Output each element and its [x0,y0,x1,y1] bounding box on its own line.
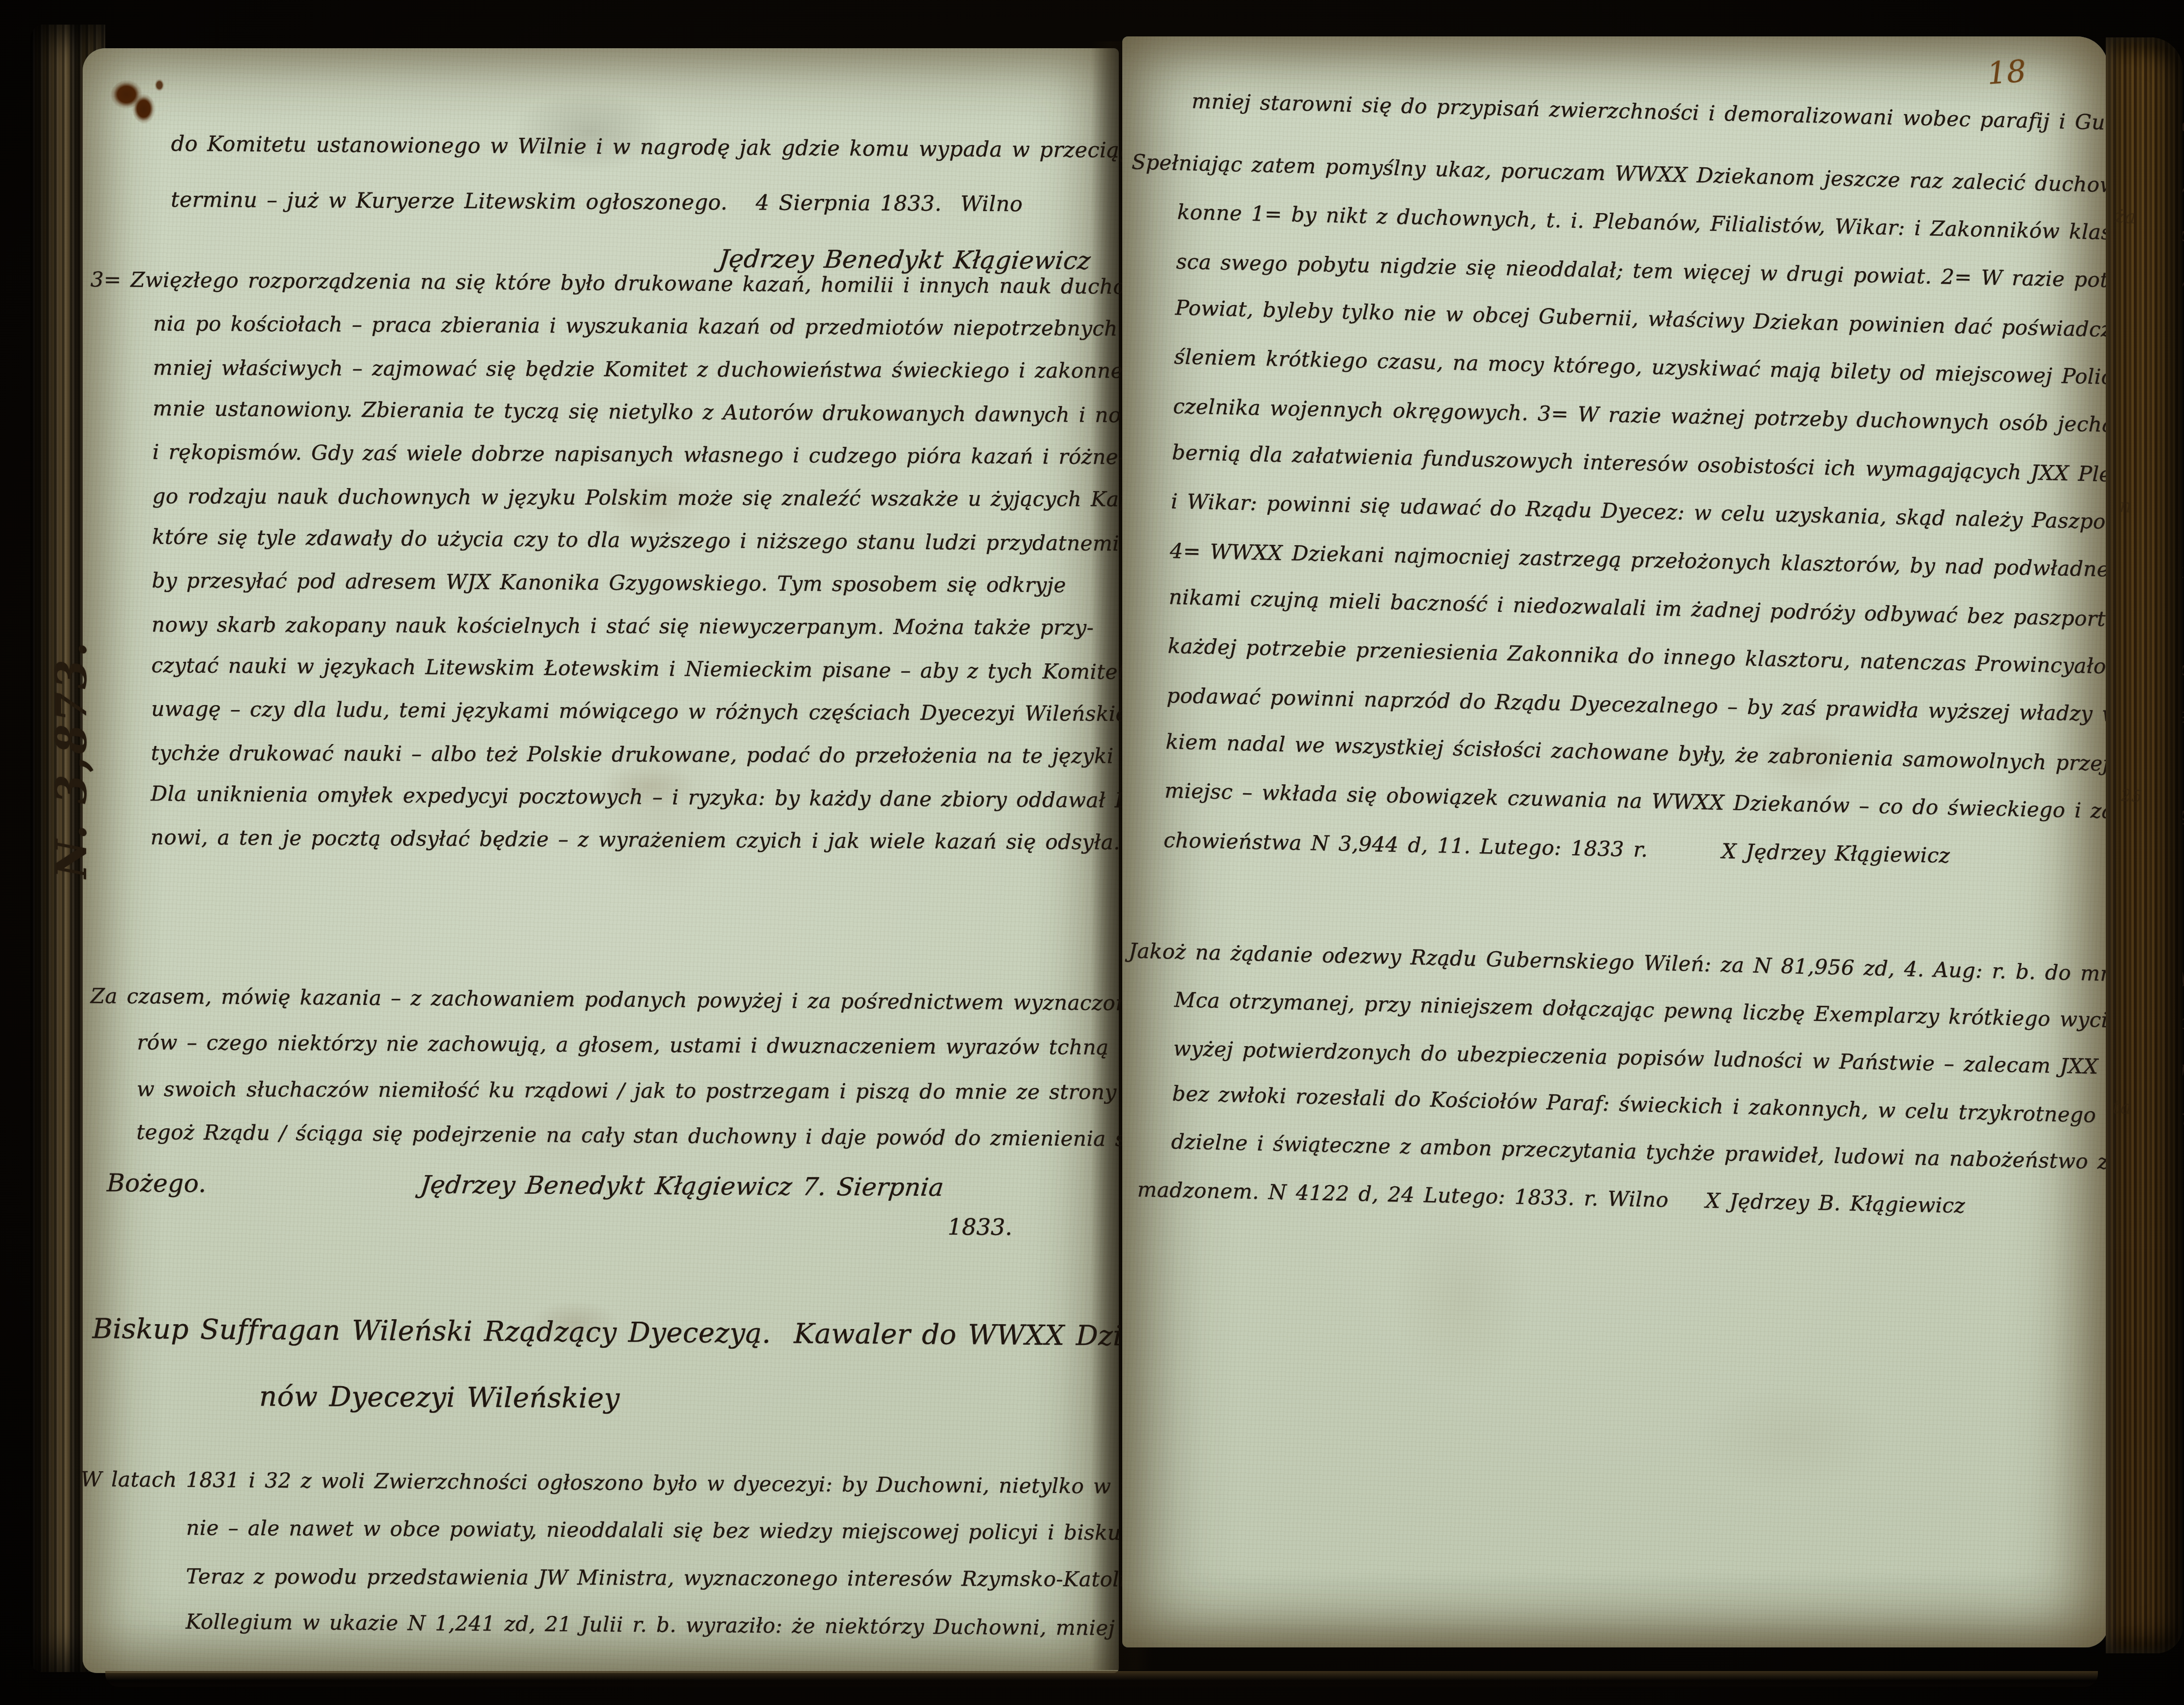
right-page: 18 mniej starowni się do przypisań zwier… [1122,36,2108,1647]
handwritten-line: Za czasem, mówię kazania – z zachowaniem… [90,973,1113,1026]
page-stack-fore-edge [2106,37,2183,1653]
handwritten-line: Kollegium w ukazie N 1,241 zd, 21 Julii … [80,1597,1109,1652]
handwritten-line: terminu – już w Kuryerze Litewskim ogłos… [171,172,1113,232]
handwritten-line: do Komitetu ustanowionego w Wilnie i w n… [171,116,1113,178]
handwritten-line: W latach 1831 i 32 z woli Zwierzchności … [80,1456,1110,1510]
handwritten-line: Dla uniknienia omyłek expedycyi pocztowy… [88,772,1110,822]
final-lines: W latach 1831 i 32 z woli Zwierzchności … [80,1457,1110,1651]
handwritten-line: uwagę – czy dla ludu, temi językami mówi… [88,687,1110,735]
page-number: 18 [1986,53,2028,91]
circular-lines: Jakoż na żądanie odezwy Rządu Gubernskie… [1123,928,2097,1233]
handwritten-line: mniej właściwych – zajmować się będzie K… [90,346,1112,392]
censors-lines: Za czasem, mówię kazania – z zachowaniem… [90,974,1113,1161]
handwritten-line: nowi, a ten je pocztą odsyłać będzie – z… [88,815,1110,864]
handwritten-line: by przesyłać pod adresem WJX Kanonika Gz… [89,558,1111,607]
left-censors-paragraph: Za czasem, mówię kazania – z zachowaniem… [90,974,1113,1211]
handwritten-line: tychże drukować nauki – albo też Polskie… [88,731,1110,777]
handwritten-line: 3= Zwięzłego rozporządzenia na się które… [90,258,1113,308]
manuscript-scan: N. 3,873. do Komitetu ustanowionego w Wi… [0,0,2184,1705]
right-circular-paragraph: Jakoż na żądanie odezwy Rządu Gubernskie… [1123,928,2097,1233]
handwritten-line: nie – ale nawet w obce powiaty, nieoddal… [80,1504,1109,1556]
ink-blot [154,79,164,92]
decree-lines: Spełniając zatem pomyślny ukaz, poruczam… [1116,139,2100,883]
handwritten-line: tegoż Rządu / ściąga się podejrzenie na … [90,1109,1112,1162]
item3-lines: 3= Zwięzłego rozporządzenia na się które… [88,259,1113,864]
handwritten-line: Biskup Suffragan Wileński Rządzący Dyece… [92,1296,1113,1369]
carryover-lines: mniej starowni się do przypisań zwierzch… [1191,80,2100,144]
handwritten-line: czytać nauki w językach Litewskim Łotews… [88,643,1111,693]
handwritten-line: mnie ustanowiony. Zbierania te tyczą się… [90,386,1112,436]
heading-lines: Biskup Suffragan Wileński Rządzący Dyece… [92,1297,1113,1434]
handwritten-line: mniej starowni się do przypisań zwierzch… [1191,79,2100,144]
handwritten-line: które się tyle zdawały do użycia czy to … [89,515,1112,565]
left-item3-paragraph: 3= Zwięzłego rozporządzenia na się które… [88,259,1113,864]
left-page: N. 3,873. do Komitetu ustanowionego w Wi… [83,48,1119,1673]
signature-klagiewicz-dated: Jędrzey Benedykt Kłągiewicz 7. Sierpnia [418,1162,946,1210]
right-carryover-line: mniej starowni się do przypisań zwierzch… [1191,80,2100,144]
handwritten-line: nowy skarb zakopany nauk kościelnych i s… [89,603,1111,649]
handwritten-line: i rękopismów. Gdy zaś wiele dobrze napis… [90,430,1112,478]
bishop-heading: Biskup Suffragan Wileński Rządzący Dyece… [92,1297,1113,1434]
signature-year: 1833. [948,1213,1013,1240]
page-stack-bottom-edge [105,1671,2098,1687]
handwritten-line: nia po kościołach – praca zbierania i wy… [90,302,1112,350]
right-decree-paragraph: Spełniając zatem pomyślny ukaz, poruczam… [1116,139,2100,883]
paper-stain [1663,1365,1919,1513]
closing-word: Bożego. [106,1160,206,1206]
handwritten-line: go rodzaju nauk duchownych w języku Pols… [89,474,1111,521]
handwritten-line: Teraz z powodu przedstawienia JW Ministr… [80,1552,1109,1603]
closing-signature-row: Bożego. Jędrzey Benedykt Kłągiewicz 7. S… [90,1160,1112,1211]
handwritten-line: rów – czego niektórzy nie zachowują, a g… [90,1020,1112,1070]
handwritten-line: nów Dyecezyi Wileńskiey [92,1363,1113,1434]
left-final-paragraph: W latach 1831 i 32 z woli Zwierzchności … [80,1457,1110,1651]
intro-lines: do Komitetu ustanowionego w Wilnie i w n… [171,117,1113,232]
ink-blot [132,93,155,124]
handwritten-line: w swoich słuchaczów niemiłość ku rządowi… [90,1066,1112,1115]
